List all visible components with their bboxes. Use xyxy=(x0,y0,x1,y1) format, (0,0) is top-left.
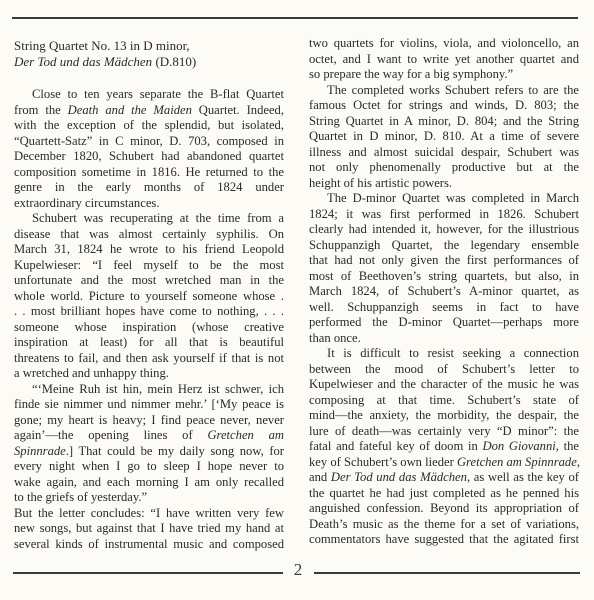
text-line: most of Beethoven’s string quartets, but… xyxy=(309,269,579,285)
text-line: and Der Tod und das Mädchen, as well as … xyxy=(309,470,579,486)
text-line: height of his artistic powers. xyxy=(309,176,579,192)
text-run: Quartet. Indeed, xyxy=(192,103,284,117)
top-rule xyxy=(12,17,578,19)
text-line: than once. xyxy=(309,331,579,347)
left-column: Close to ten years separate the B-flat Q… xyxy=(14,87,284,552)
text-line: from the Death and the Maiden Quartet. I… xyxy=(14,103,284,119)
page-number: 2 xyxy=(290,560,306,580)
text-line: Schuppanzigh Quartet, the legendary ense… xyxy=(309,238,579,254)
text-line: It is difficult to resist seeking a conn… xyxy=(309,346,579,362)
text-run: , the xyxy=(556,439,579,453)
text-line: Spinnrade.] That could be my daily song … xyxy=(14,444,284,460)
text-line: performed the D-minor Quartet—perhaps mo… xyxy=(309,315,579,331)
text-line: illness and almost suicidal despair, Sch… xyxy=(309,145,579,161)
italic-title: Don Giovanni xyxy=(482,439,555,453)
heading-line-2: Der Tod und das Mädchen (D.810) xyxy=(14,54,196,70)
text-line: every night when I go to sleep I hope ne… xyxy=(14,459,284,475)
text-line: String Quartet in A minor, D. 804; and t… xyxy=(309,114,579,130)
text-line: composing at that time. Schubert’s state… xyxy=(309,393,579,409)
text-line: famous Octet for strings and winds, D. 8… xyxy=(309,98,579,114)
text-line: threatens to fail, and then ask yourself… xyxy=(14,351,284,367)
text-line: Schubert was recuperating at the time fr… xyxy=(14,211,284,227)
text-line: Kupelwieser: “I feel myself to be the mo… xyxy=(14,258,284,274)
text-run: and xyxy=(309,470,331,484)
text-line: finde sie nimmer und nimmer mehr.’ [‘My … xyxy=(14,397,284,413)
text-run: .] That could be my daily song now, for xyxy=(66,444,284,458)
text-run: , xyxy=(577,455,580,469)
text-line: Quartet in D minor, D. 810. At a time of… xyxy=(309,129,579,145)
text-run: from the xyxy=(14,103,68,117)
text-line: extraordinary circumstances. xyxy=(14,196,284,212)
text-line: key of Schubert’s own lieder Gretchen am… xyxy=(309,455,579,471)
bottom-rule-right xyxy=(314,572,580,574)
text-line: “‘Meine Ruh ist hin, mein Herz ist schwe… xyxy=(14,382,284,398)
text-line: The completed works Schubert refers to a… xyxy=(309,83,579,99)
text-line: March 31, 1824 he wrote to his friend Le… xyxy=(14,242,284,258)
text-line: again’—the opening lines of Gretchen am xyxy=(14,428,284,444)
text-line: genre in the early months of 1824 under xyxy=(14,180,284,196)
text-line: not only phenomenally productive but at … xyxy=(309,160,579,176)
text-line: someone whose inspiration (whose creativ… xyxy=(14,320,284,336)
piece-heading: String Quartet No. 13 in D minor, Der To… xyxy=(14,38,196,69)
text-line: Death’s music as the theme for a set of … xyxy=(309,517,579,533)
heading-catalog: (D.810) xyxy=(152,54,196,69)
text-line: clearly had intended it, however, for th… xyxy=(309,222,579,238)
italic-title: Death and the Maiden xyxy=(68,103,192,117)
text-run: , as well as the key of xyxy=(467,470,579,484)
text-line: octet, and I want to write yet another q… xyxy=(309,52,579,68)
text-line: composition sometime in 1816. He returne… xyxy=(14,165,284,181)
text-line: mind—the anxiety, the morbidity, the des… xyxy=(309,408,579,424)
text-line: several kinds of instrumental music and … xyxy=(14,537,284,553)
text-line: The D-minor Quartet was completed in Mar… xyxy=(309,191,579,207)
text-line: whole world. Picture to yourself someone… xyxy=(14,289,284,305)
text-line: between the mood of Schubert’s letter to xyxy=(309,362,579,378)
text-run: key of Schubert’s own lieder xyxy=(309,455,457,469)
text-line: well. Schuppanzigh seems in fact to have xyxy=(309,300,579,316)
text-line: anguished confession. Beyond its appropr… xyxy=(309,501,579,517)
text-line: that had not only given the first perfor… xyxy=(309,253,579,269)
text-line: fatal and fateful key of doom in Don Gio… xyxy=(309,439,579,455)
italic-title: Der Tod und das Mädchen xyxy=(331,470,467,484)
text-line: wake again, and each morning I am only r… xyxy=(14,475,284,491)
text-line: disease that was almost certainly syphil… xyxy=(14,227,284,243)
heading-line-1: String Quartet No. 13 in D minor, xyxy=(14,38,196,54)
text-line: “Quartett-Satz” in C minor, D. 703, comp… xyxy=(14,134,284,150)
text-line: commentators have suggested that the agi… xyxy=(309,532,579,548)
text-line: new songs, but against that I have tried… xyxy=(14,521,284,537)
text-line: the quartet he had just completed as he … xyxy=(309,486,579,502)
text-line: gone; my heart is heavy; I find peace ne… xyxy=(14,413,284,429)
text-line: unfortunate and the most wretched man in… xyxy=(14,273,284,289)
text-line: Kupelwieser and the character of the mus… xyxy=(309,377,579,393)
text-run: fatal and fateful key of doom in xyxy=(309,439,482,453)
text-line: . . most brilliant hopes have come to no… xyxy=(14,304,284,320)
italic-title: Spinnrade xyxy=(14,444,66,458)
text-line: a wretched and unhappy thing. xyxy=(14,366,284,382)
text-line: inspiration at least) for all that is be… xyxy=(14,335,284,351)
italic-title: Gretchen am xyxy=(207,428,284,442)
text-line: to the griefs of yesterday.” xyxy=(14,490,284,506)
text-line: with the exception of the splendid, but … xyxy=(14,118,284,134)
text-line: But the letter concludes: “I have writte… xyxy=(14,506,284,522)
italic-title: Gretchen am Spinnrade xyxy=(457,455,577,469)
right-column: two quartets for violins, viola, and vio… xyxy=(309,36,579,548)
text-line: 1824; it was first performed in 1826. Sc… xyxy=(309,207,579,223)
heading-title: Der Tod und das Mädchen xyxy=(14,54,152,69)
text-line: March 1824, of Schubert’s A-minor quarte… xyxy=(309,284,579,300)
text-line: December 1820, Schubert had abandoned qu… xyxy=(14,149,284,165)
text-line: Close to ten years separate the B-flat Q… xyxy=(14,87,284,103)
text-line: lure of death—was certainly very “D mino… xyxy=(309,424,579,440)
text-line: two quartets for violins, viola, and vio… xyxy=(309,36,579,52)
text-line: so prepare the way for a big symphony.” xyxy=(309,67,579,83)
text-run: again’—the opening lines of xyxy=(14,428,207,442)
bottom-rule-left xyxy=(13,572,283,574)
